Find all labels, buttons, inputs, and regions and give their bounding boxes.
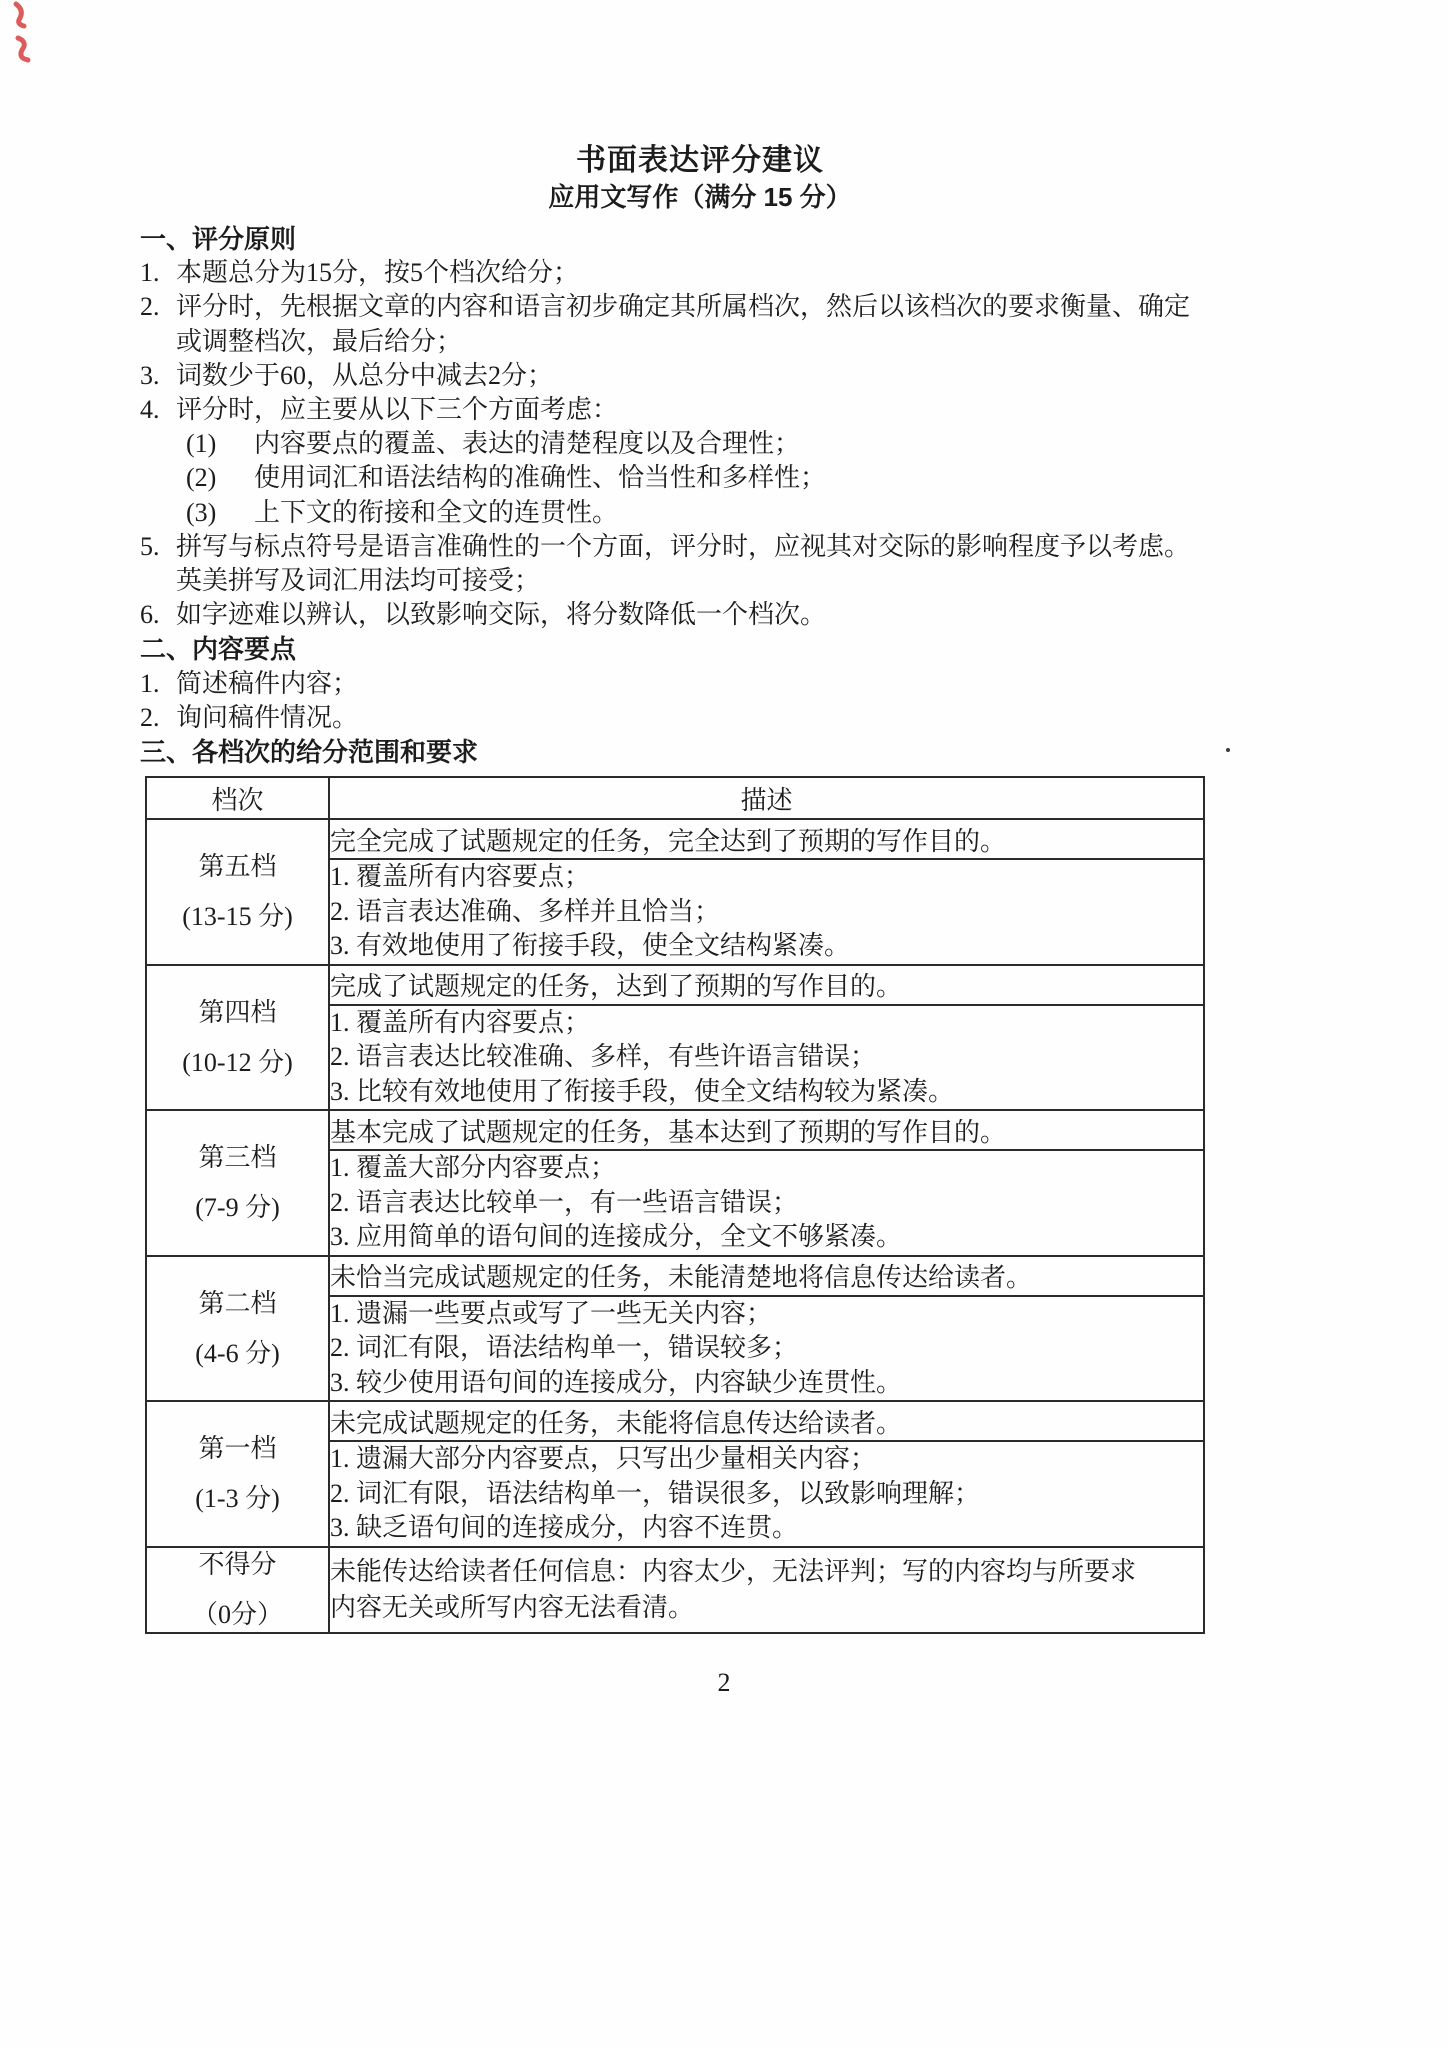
grade-points: 1. 覆盖大部分内容要点； 2. 语言表达比较单一，有一些语言错误； 3. 应用… [329, 1150, 1204, 1256]
section-heading-grade-table: 三、各档次的给分范围和要求 [140, 735, 1260, 769]
list-item: 5. 拼写与标点符号是语言准确性的一个方面，评分时，应视其对交际的影响程度予以考… [140, 530, 1260, 564]
list-item: 6. 如字迹难以辨认，以致影响交际，将分数降低一个档次。 [140, 598, 1260, 632]
grade-summary: 未完成试题规定的任务，未能将信息传达给读者。 [329, 1401, 1204, 1441]
table-header-row: 档次 描述 [146, 777, 1204, 819]
grade-level-cell: 第五档 (13-15 分) [146, 819, 329, 965]
grade-description: 未能传达给读者任何信息：内容太少，无法评判；写的内容均与所要求 内容无关或所写内… [329, 1547, 1204, 1633]
table-row-band4: 第四档 (10-12 分) 完成了试题规定的任务，达到了预期的写作目的。 [146, 965, 1204, 1005]
item-text: 评分时，先根据文章的内容和语言初步确定其所属档次，然后以该档次的要求衡量、确定 [176, 290, 1190, 324]
list-item: 3. 词数少于60，从总分中减去2分； [140, 359, 1260, 393]
item-number: 5. [140, 530, 176, 564]
grade-range: (7-9 分) [147, 1191, 328, 1225]
grade-point: 2. 语言表达准确、多样并且恰当； [330, 895, 1203, 930]
item-number: 1. [140, 667, 176, 701]
item-number: 2. [140, 701, 176, 735]
list-item-continuation: 英美拼写及词汇用法均可接受； [140, 564, 1260, 598]
grade-range: (1-3 分) [147, 1482, 328, 1516]
grade-point: 3. 有效地使用了衔接手段，使全文结构紧凑。 [330, 929, 1203, 964]
item-number: 3. [140, 359, 176, 393]
grade-level: 第五档 [147, 850, 328, 884]
grade-range: (4-6 分) [147, 1337, 328, 1371]
page-subtitle: 应用文写作（满分 15 分） [140, 180, 1260, 214]
grade-summary: 基本完成了试题规定的任务，基本达到了预期的写作目的。 [329, 1110, 1204, 1150]
item-number: 1. [140, 256, 176, 290]
item-text: 上下文的衔接和全文的连贯性。 [254, 496, 618, 530]
table-row-band2: 第二档 (4-6 分) 未恰当完成试题规定的任务，未能清楚地将信息传达给读者。 [146, 1256, 1204, 1296]
table-row-zero: 不得分 （0分） 未能传达给读者任何信息：内容太少，无法评判；写的内容均与所要求… [146, 1547, 1204, 1633]
grade-point: 3. 比较有效地使用了衔接手段，使全文结构较为紧凑。 [330, 1075, 1203, 1110]
grade-point: 3. 应用简单的语句间的连接成分，全文不够紧凑。 [330, 1220, 1203, 1255]
table-row-band1: 第一档 (1-3 分) 未完成试题规定的任务，未能将信息传达给读者。 [146, 1401, 1204, 1441]
grade-level: 不得分 [147, 1548, 328, 1582]
item-text: 评分时，应主要从以下三个方面考虑： [176, 393, 618, 427]
scan-artifact-dot [1226, 748, 1230, 752]
sub-list-item: (1) 内容要点的覆盖、表达的清楚程度以及合理性； [140, 427, 1260, 461]
grade-summary: 未恰当完成试题规定的任务，未能清楚地将信息传达给读者。 [329, 1256, 1204, 1296]
list-item: 2. 询问稿件情况。 [140, 701, 1260, 735]
grade-level-cell: 第三档 (7-9 分) [146, 1110, 329, 1256]
grade-point: 1. 覆盖所有内容要点； [330, 860, 1203, 895]
grade-points: 1. 覆盖所有内容要点； 2. 语言表达准确、多样并且恰当； 3. 有效地使用了… [329, 859, 1204, 965]
grade-point: 3. 较少使用语句间的连接成分，内容缺少连贯性。 [330, 1366, 1203, 1401]
grade-point: 2. 语言表达比较准确、多样，有些许语言错误； [330, 1040, 1203, 1075]
item-number: (3) [186, 496, 254, 530]
page-title: 书面表达评分建议 [140, 142, 1260, 180]
grade-point: 1. 遗漏一些要点或写了一些无关内容； [330, 1297, 1203, 1332]
grade-summary: 完全完成了试题规定的任务，完全达到了预期的写作目的。 [329, 819, 1204, 859]
item-number: 6. [140, 598, 176, 632]
item-text: 英美拼写及词汇用法均可接受； [176, 564, 540, 598]
grade-point: 2. 语言表达比较单一，有一些语言错误； [330, 1186, 1203, 1221]
grade-points: 1. 遗漏大部分内容要点，只写出少量相关内容； 2. 词汇有限，语法结构单一，错… [329, 1441, 1204, 1547]
item-number: 4. [140, 393, 176, 427]
list-item: 4. 评分时，应主要从以下三个方面考虑： [140, 393, 1260, 427]
grade-level: 第四档 [147, 996, 328, 1030]
item-text: 拼写与标点符号是语言准确性的一个方面，评分时，应视其对交际的影响程度予以考虑。 [176, 530, 1190, 564]
list-item-continuation: 或调整档次，最后给分； [140, 325, 1260, 359]
grade-level: 第三档 [147, 1141, 328, 1175]
grade-points: 1. 遗漏一些要点或写了一些无关内容； 2. 词汇有限，语法结构单一，错误较多；… [329, 1296, 1204, 1402]
item-text: 词数少于60，从总分中减去2分； [176, 359, 553, 393]
grade-level-cell: 不得分 （0分） [146, 1547, 329, 1633]
column-header-grade: 档次 [146, 777, 329, 819]
grade-point: 1. 覆盖大部分内容要点； [330, 1151, 1203, 1186]
grade-point: 2. 词汇有限，语法结构单一，错误较多； [330, 1331, 1203, 1366]
list-item: 2. 评分时，先根据文章的内容和语言初步确定其所属档次，然后以该档次的要求衡量、… [140, 290, 1260, 324]
grade-range: (10-12 分) [147, 1046, 328, 1080]
grade-level-cell: 第一档 (1-3 分) [146, 1401, 329, 1547]
grade-range: （0分） [147, 1598, 328, 1632]
grade-summary: 完成了试题规定的任务，达到了预期的写作目的。 [329, 965, 1204, 1005]
grade-point: 1. 覆盖所有内容要点； [330, 1006, 1203, 1041]
grading-rubric-table: 档次 描述 第五档 (13-15 分) 完全完成了试题规定的任务，完全达到了预期… [145, 776, 1205, 1634]
list-item: 1. 本题总分为15分，按5个档次给分； [140, 256, 1260, 290]
section-heading-principles: 一、评分原则 [140, 222, 1260, 256]
column-header-description: 描述 [329, 777, 1204, 819]
grade-points: 1. 覆盖所有内容要点； 2. 语言表达比较准确、多样，有些许语言错误； 3. … [329, 1005, 1204, 1111]
item-text: 询问稿件情况。 [176, 701, 358, 735]
item-number: (2) [186, 461, 254, 495]
grade-point: 3. 缺乏语句间的连接成分，内容不连贯。 [330, 1511, 1203, 1546]
item-text: 使用词汇和语法结构的准确性、恰当性和多样性； [254, 461, 826, 495]
table-row-band5: 第五档 (13-15 分) 完全完成了试题规定的任务，完全达到了预期的写作目的。 [146, 819, 1204, 859]
grade-level-cell: 第四档 (10-12 分) [146, 965, 329, 1111]
sub-list-item: (3) 上下文的衔接和全文的连贯性。 [140, 496, 1260, 530]
grade-description-line: 未能传达给读者任何信息：内容太少，无法评判；写的内容均与所要求 [330, 1554, 1203, 1590]
item-text: 或调整档次，最后给分； [176, 325, 462, 359]
item-text: 内容要点的覆盖、表达的清楚程度以及合理性； [254, 427, 800, 461]
document-body: 书面表达评分建议 应用文写作（满分 15 分） 一、评分原则 1. 本题总分为1… [140, 142, 1260, 1634]
grade-description-line: 内容无关或所写内容无法看清。 [330, 1590, 1203, 1626]
grade-level: 第一档 [147, 1432, 328, 1466]
item-text: 本题总分为15分，按5个档次给分； [176, 256, 579, 290]
scanned-document-page: 书面表达评分建议 应用文写作（满分 15 分） 一、评分原则 1. 本题总分为1… [0, 0, 1448, 2047]
grade-level: 第二档 [147, 1287, 328, 1321]
list-item: 1. 简述稿件内容； [140, 667, 1260, 701]
grade-range: (13-15 分) [147, 900, 328, 934]
page-number: 2 [0, 1668, 1448, 1698]
item-text: 如字迹难以辨认，以致影响交际，将分数降低一个档次。 [176, 598, 826, 632]
table-row-band3: 第三档 (7-9 分) 基本完成了试题规定的任务，基本达到了预期的写作目的。 [146, 1110, 1204, 1150]
item-number: (1) [186, 427, 254, 461]
grade-level-cell: 第二档 (4-6 分) [146, 1256, 329, 1402]
grade-point: 1. 遗漏大部分内容要点，只写出少量相关内容； [330, 1442, 1203, 1477]
grade-point: 2. 词汇有限，语法结构单一，错误很多，以致影响理解； [330, 1477, 1203, 1512]
sub-list-item: (2) 使用词汇和语法结构的准确性、恰当性和多样性； [140, 461, 1260, 495]
item-text: 简述稿件内容； [176, 667, 358, 701]
section-heading-content-points: 二、内容要点 [140, 632, 1260, 666]
red-pen-marks [10, 0, 58, 66]
item-number: 2. [140, 290, 176, 324]
